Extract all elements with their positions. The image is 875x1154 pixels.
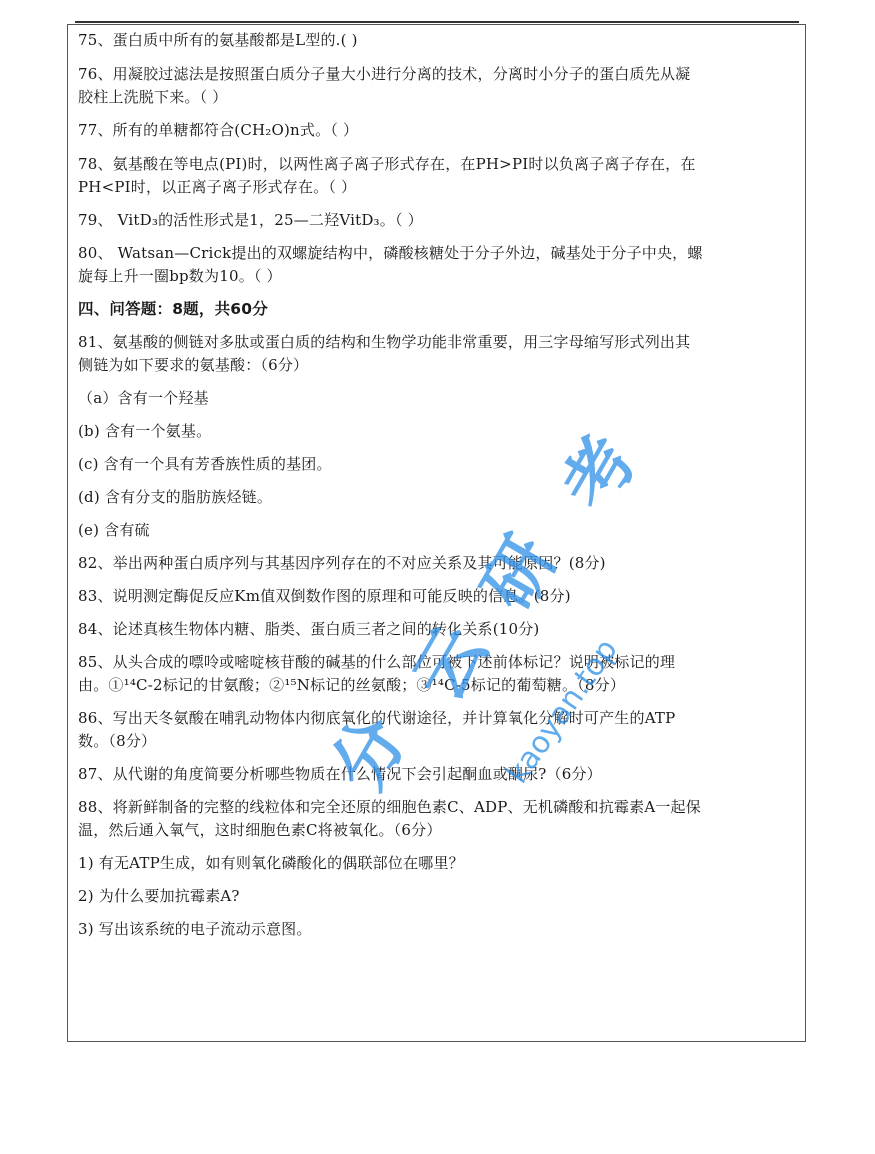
question-88-sub-2: 2) 为什么要加抗霉素A? [78, 885, 240, 907]
question-87: 87、从代谢的角度简要分析哪些物质在什么情况下会引起酮血或酮尿?（6分） [78, 763, 602, 785]
question-81-line1: 81、氨基酸的侧链对多肽或蛋白质的结构和生物学功能非常重要，用三字母缩写形式列出… [78, 331, 690, 353]
question-77: 77、所有的单糖都符合(CH₂O)n式。（ ） [78, 119, 358, 141]
question-83: 83、说明测定酶促反应Km值双倒数作图的原理和可能反映的信息。(8分) [78, 585, 571, 607]
question-75: 75、蛋白质中所有的氨基酸都是L型的.( ) [78, 29, 358, 51]
question-81-item-a: （a）含有一个羟基 [78, 387, 209, 409]
question-81-item-c: (c) 含有一个具有芳香族性质的基团。 [78, 453, 332, 475]
section-heading: 四、问答题：8题，共60分 [78, 298, 268, 320]
question-88-line2: 温，然后通入氧气，这时细胞色素C将被氧化。（6分） [78, 819, 442, 841]
question-80-line1: 80、 Watsan—Crick提出的双螺旋结构中，磷酸核糖处于分子外边，碱基处… [78, 242, 703, 264]
question-88-sub-1: 1) 有无ATP生成，如有则氧化磷酸化的偶联部位在哪里？ [78, 852, 464, 874]
question-88-sub-3: 3) 写出该系统的电子流动示意图。 [78, 918, 312, 940]
question-81-item-d: (d) 含有分支的脂肪族烃链。 [78, 486, 272, 508]
question-84: 84、论述真核生物体内糖、脂类、蛋白质三者之间的转化关系(10分) [78, 618, 539, 640]
question-81-item-e: (e) 含有硫 [78, 519, 150, 541]
top-rule [75, 21, 799, 23]
question-81-item-b: (b) 含有一个氨基。 [78, 420, 211, 442]
question-80-line2: 旋每上升一圈bp数为10。（ ） [78, 265, 282, 287]
question-78-line1: 78、氨基酸在等电点(PI)时，以两性离子离子形式存在，在PH>PI时以负离子离… [78, 153, 696, 175]
question-76-line2: 胶柱上洗脱下来。（ ） [78, 86, 227, 108]
question-81-line2: 侧链为如下要求的氨基酸：（6分） [78, 354, 308, 376]
question-79: 79、 VitD₃的活性形式是1，25—二羟VitD₃。（ ） [78, 209, 423, 231]
question-78-line2: PH<PI时，以正离子离子形式存在。（ ） [78, 176, 356, 198]
exam-page: 75、蛋白质中所有的氨基酸都是L型的.( ) 76、用凝胶过滤法是按照蛋白质分子… [67, 24, 806, 1042]
question-86-line2: 数。（8分） [78, 730, 156, 752]
question-88-line1: 88、将新鲜制备的完整的线粒体和完全还原的细胞色素C、ADP、无机磷酸和抗霉素A… [78, 796, 701, 818]
question-85-line1: 85、从头合成的嘌呤或嘧啶核苷酸的碱基的什么部位可被下述前体标记？说明被标记的理 [78, 651, 675, 673]
question-82: 82、举出两种蛋白质序列与其基因序列存在的不对应关系及其可能原因？(8分) [78, 552, 606, 574]
question-86-line1: 86、写出天冬氨酸在哺乳动物体内彻底氧化的代谢途径，并计算氧化分解时可产生的AT… [78, 707, 675, 729]
question-76-line1: 76、用凝胶过滤法是按照蛋白质分子量大小进行分离的技术，分离时小分子的蛋白质先从… [78, 63, 690, 85]
question-85-line2: 由。①¹⁴C-2标记的甘氨酸；②¹⁵N标记的丝氨酸；③¹⁴C-5标记的葡萄糖。（… [78, 674, 625, 696]
